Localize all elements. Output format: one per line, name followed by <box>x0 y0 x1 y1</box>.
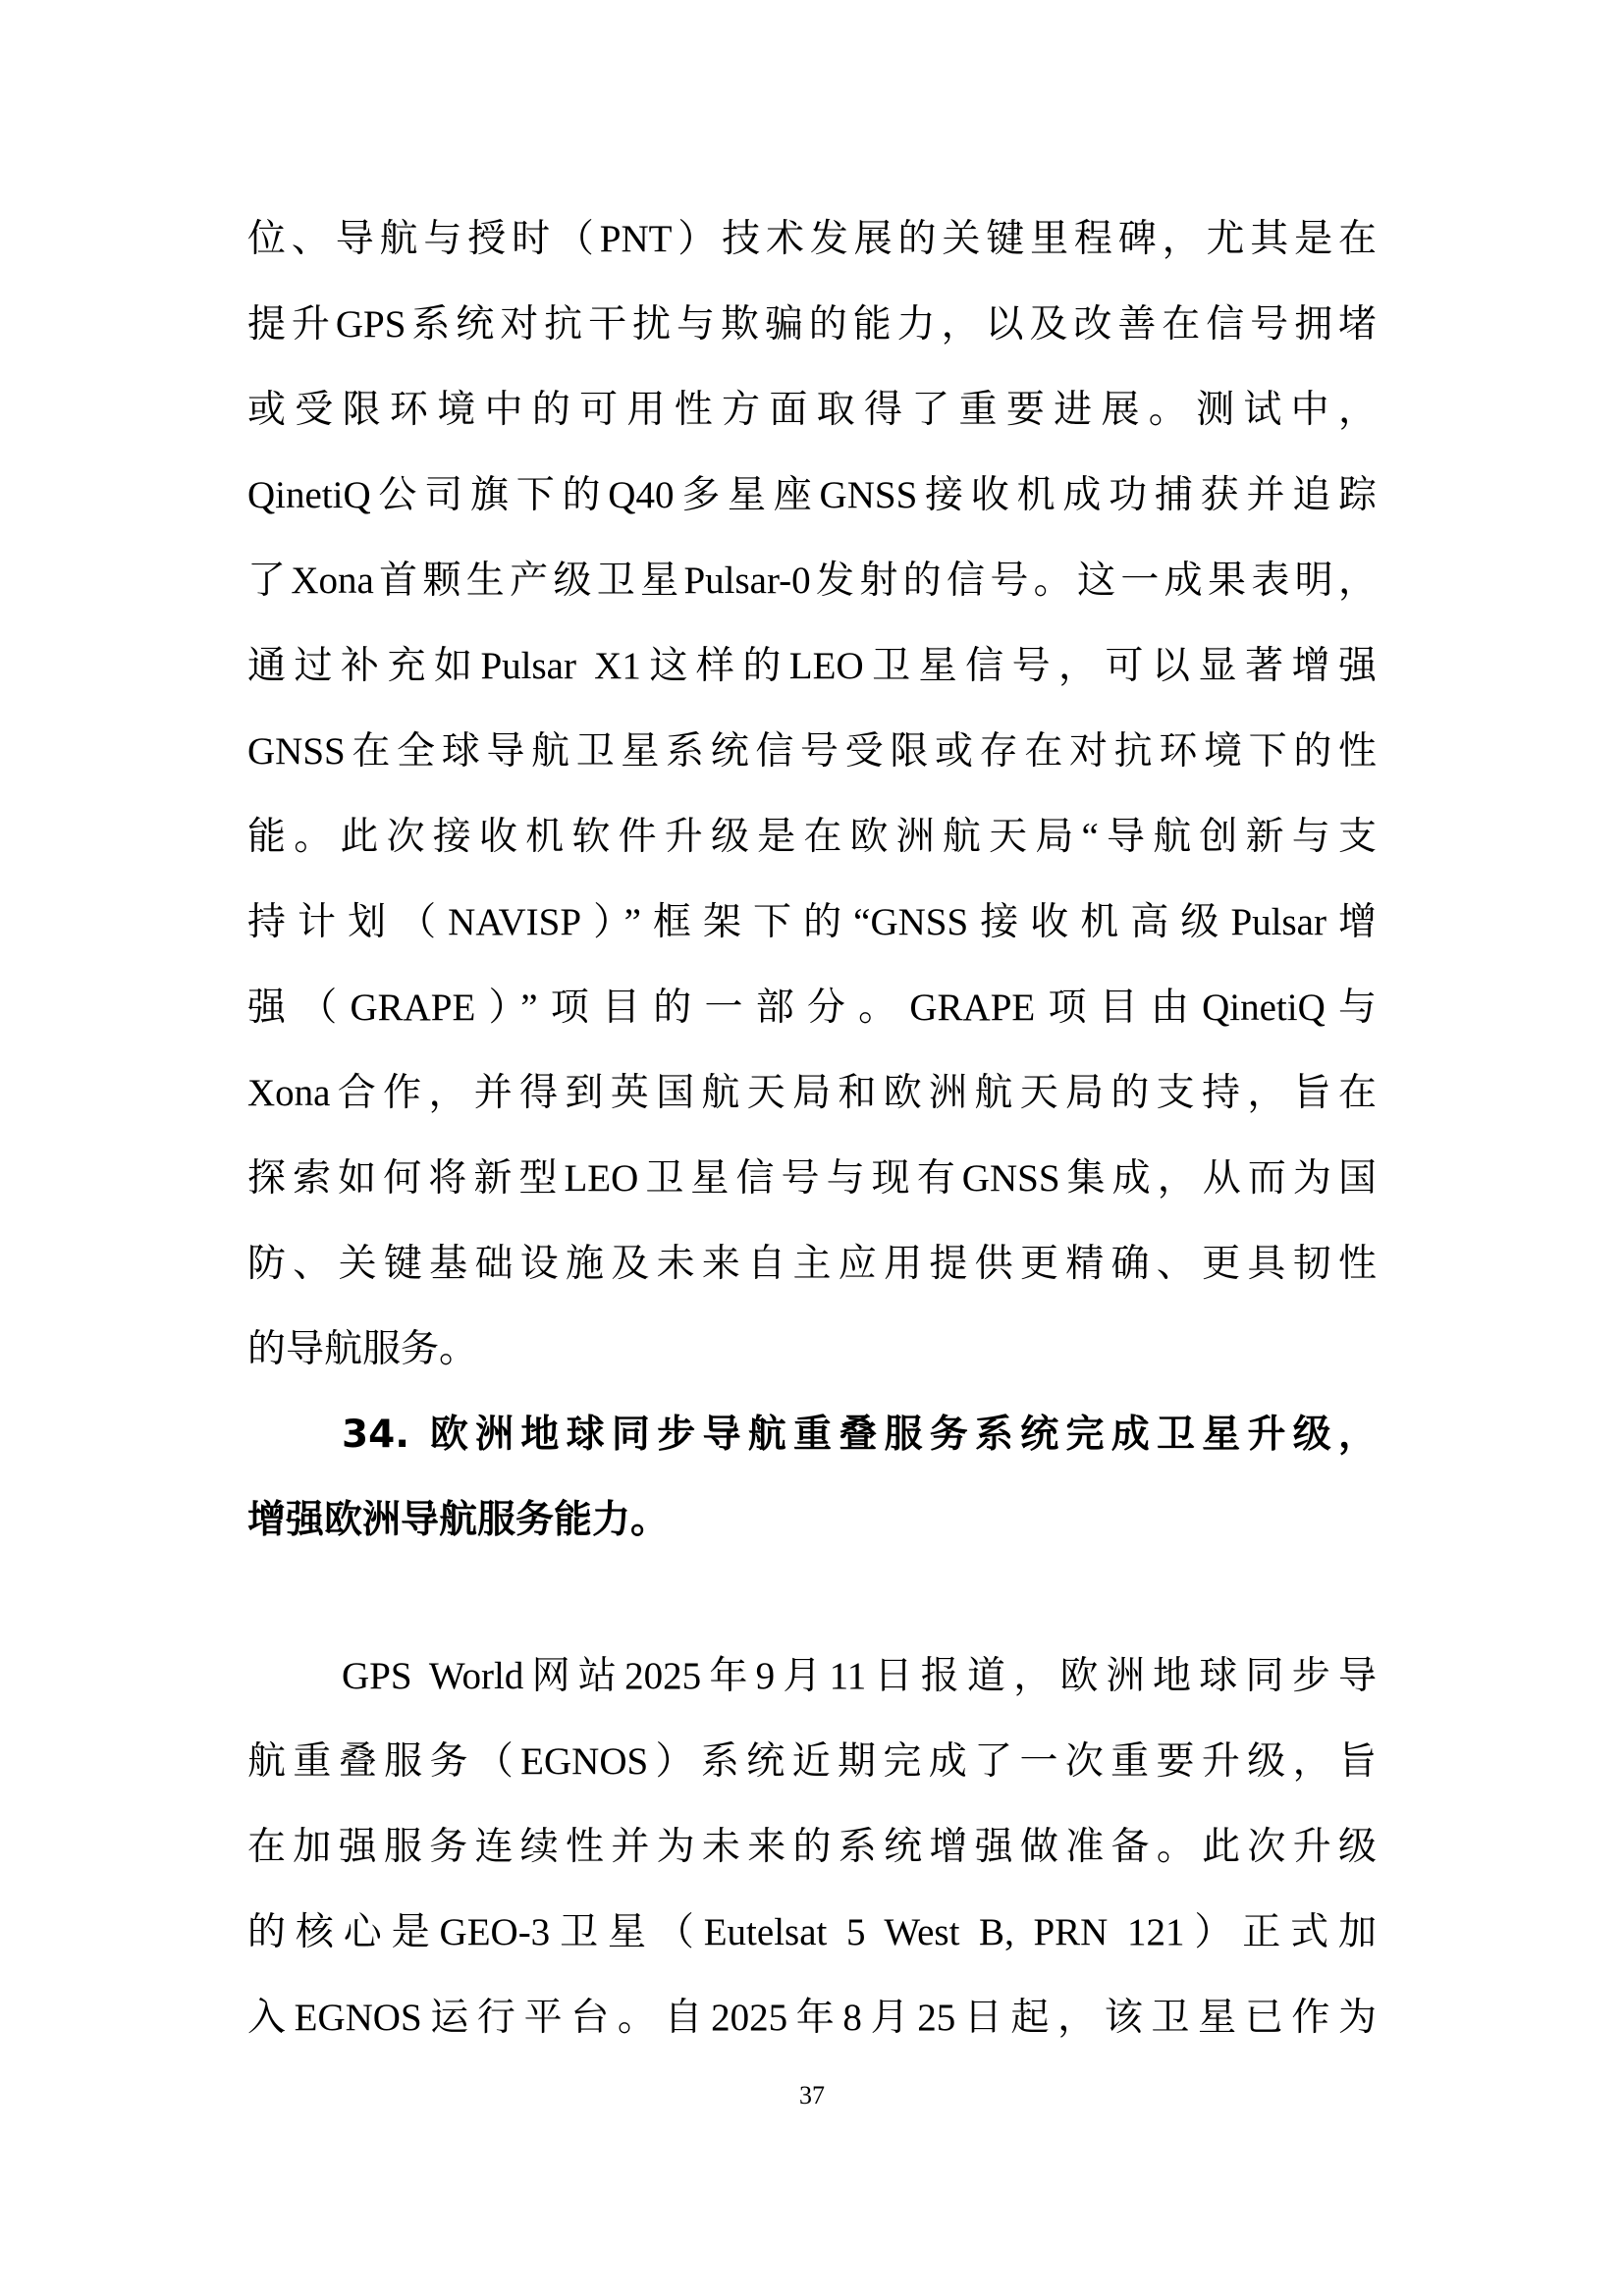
paragraph-line: 或受限环境中的可用性方面取得了重要进展。测试中， <box>247 381 1377 440</box>
paragraph-line: 探索如何将新型LEO卫星信号与现有GNSS集成，从而为国 <box>247 1149 1377 1208</box>
paragraph-line: 能。此次接收机软件升级是在欧洲航天局“导航创新与支 <box>247 808 1377 867</box>
paragraph-line: 入EGNOS运行平台。自2025年8月25日起，该卫星已作为 <box>247 1989 1377 2048</box>
paragraph-line: GNSS在全球导航卫星系统信号受限或存在对抗环境下的性 <box>247 722 1377 781</box>
paragraph-line: 的核心是GEO-3卫星（Eutelsat 5 West B, PRN 121）正… <box>247 1903 1377 1962</box>
paragraph-line: 航重叠服务（EGNOS）系统近期完成了一次重要升级，旨 <box>247 1733 1377 1791</box>
paragraph-line: 防、关键基础设施及未来自主应用提供更精确、更具韧性 <box>247 1235 1377 1294</box>
paragraph-line: 提升GPS系统对抗干扰与欺骗的能力，以及改善在信号拥堵 <box>247 295 1377 354</box>
page-number: 37 <box>0 2081 1624 2110</box>
document-page: 位、导航与授时（PNT）技术发展的关键里程碑，尤其是在 提升GPS系统对抗干扰与… <box>0 0 1624 2296</box>
paragraph-line: 在加强服务连续性并为未来的系统增强做准备。此次升级 <box>247 1818 1377 1877</box>
paragraph-line: 强（GRAPE）”项目的一部分。GRAPE项目由QinetiQ与 <box>247 979 1377 1038</box>
paragraph-line: QinetiQ公司旗下的Q40多星座GNSS接收机成功捕获并追踪 <box>247 466 1377 525</box>
paragraph-line: 通过补充如Pulsar X1这样的LEO卫星信号，可以显著增强 <box>247 637 1377 696</box>
section-heading-line: 34. 欧洲地球同步导航重叠服务系统完成卫星升级， <box>342 1406 1377 1465</box>
paragraph-line: 的导航服务。 <box>247 1320 1377 1379</box>
section-heading-line: 增强欧洲导航服务能力。 <box>247 1491 1377 1550</box>
paragraph-line: 了Xona首颗生产级卫星Pulsar-0发射的信号。这一成果表明， <box>247 552 1377 611</box>
paragraph-line: 位、导航与授时（PNT）技术发展的关键里程碑，尤其是在 <box>247 210 1377 269</box>
paragraph-line: 持计划（NAVISP）”框架下的“GNSS接收机高级Pulsar增 <box>247 893 1377 952</box>
paragraph-line: GPS World网站2025年9月11日报道，欧洲地球同步导 <box>342 1647 1377 1706</box>
paragraph-line: Xona合作，并得到英国航天局和欧洲航天局的支持，旨在 <box>247 1064 1377 1123</box>
